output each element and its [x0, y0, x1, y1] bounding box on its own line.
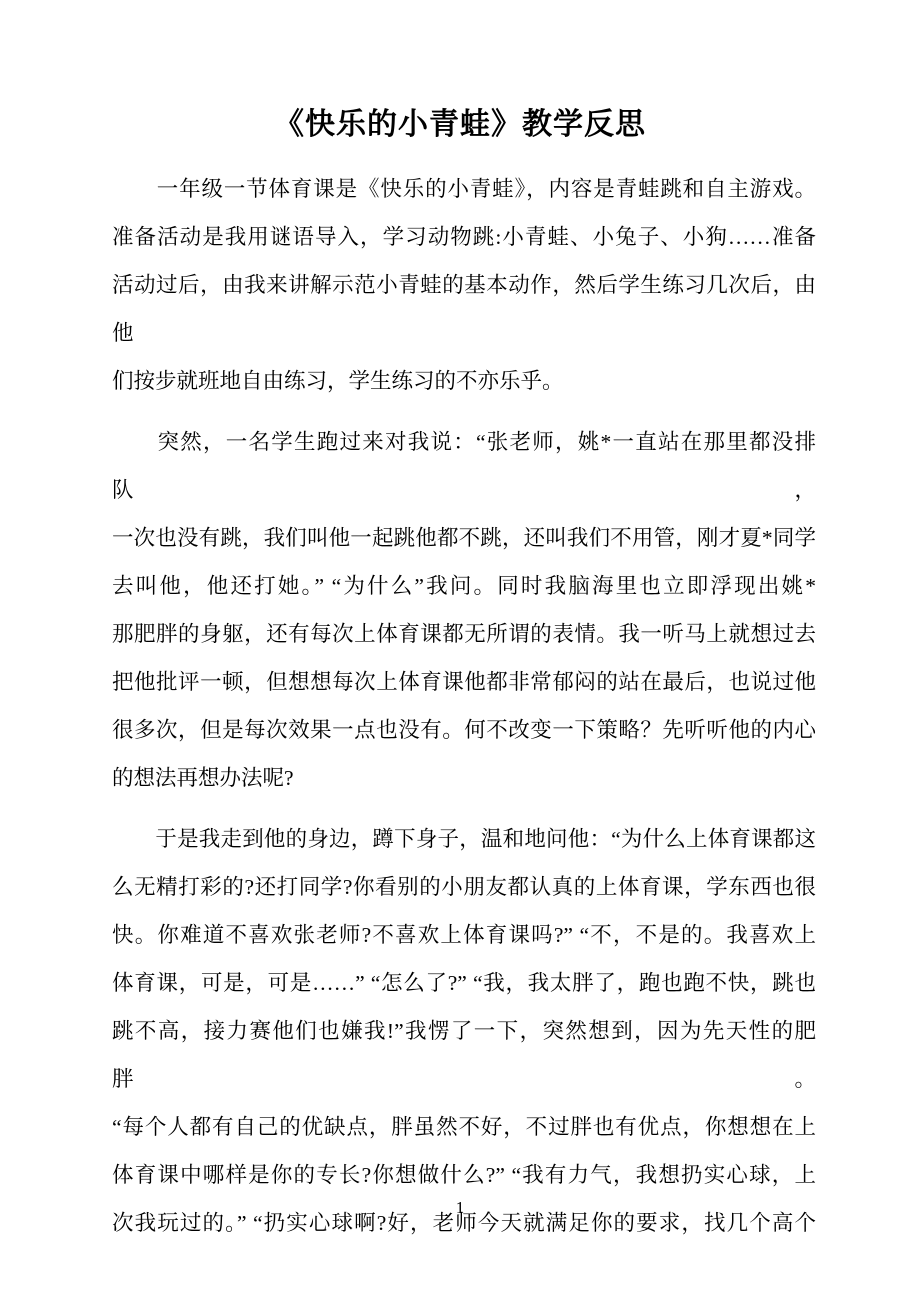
document-page: 《快乐的小青蛙》教学反思 一年级一节体育课是《快乐的小青蛙》，内容是青蛙跳和自主…	[0, 0, 920, 1302]
text-line: 的想法再想办法呢?	[112, 754, 816, 802]
text-line: 体育课中哪样是你的专长?你想做什么?” “我有力气，我想扔实心球，上	[112, 1151, 816, 1199]
paragraph: 突然，一名学生跑过来对我说：“张老师，姚*一直站在那里都没排队，一次也没有跳，我…	[112, 418, 816, 802]
text-line: 快。你难道不喜欢张老师?不喜欢上体育课吗?” “不，不是的。我喜欢上	[112, 911, 816, 959]
page-footer: 1	[0, 1196, 920, 1220]
text-line: 很多次，但是每次效果一点也没有。何不改变一下策略？先听听他的内心	[112, 706, 816, 754]
text-line: 于是我走到他的身边，蹲下身子，温和地问他：“为什么上体育课都这	[112, 815, 816, 863]
text-line: 活动过后，由我来讲解示范小青蛙的基本动作，然后学生练习几次后，由他	[112, 261, 816, 357]
text-line: 那肥胖的身躯，还有每次上体育课都无所谓的表情。我一听马上就想过去	[112, 610, 816, 658]
document-title: 《快乐的小青蛙》教学反思	[0, 0, 920, 144]
page-number: 1	[456, 1198, 465, 1217]
text-line: 一年级一节体育课是《快乐的小青蛙》，内容是青蛙跳和自主游戏。	[112, 165, 816, 213]
text-line: 么无精打彩的?还打同学?你看别的小朋友都认真的上体育课，学东西也很	[112, 863, 816, 911]
text-line: 去叫他，他还打她。” “为什么”我问。同时我脑海里也立即浮现出姚*	[112, 562, 816, 610]
paragraph: 一年级一节体育课是《快乐的小青蛙》，内容是青蛙跳和自主游戏。准备活动是我用谜语导…	[112, 165, 816, 405]
text-line: 体育课，可是，可是……” “怎么了?” “我，我太胖了，跑也跑不快，跳也	[112, 959, 816, 1007]
text-line: 准备活动是我用谜语导入，学习动物跳:小青蛙、小兔子、小狗……准备	[112, 213, 816, 261]
text-line: 一次也没有跳，我们叫他一起跳他都不跳，还叫我们不用管，刚才夏*同学	[112, 514, 816, 562]
paragraph: 于是我走到他的身边，蹲下身子，温和地问他：“为什么上体育课都这么无精打彩的?还打…	[112, 815, 816, 1247]
text-line: 们按步就班地自由练习，学生练习的不亦乐乎。	[112, 357, 816, 405]
text-line: 突然，一名学生跑过来对我说：“张老师，姚*一直站在那里都没排队，	[112, 418, 816, 514]
document-body: 一年级一节体育课是《快乐的小青蛙》，内容是青蛙跳和自主游戏。准备活动是我用谜语导…	[112, 165, 816, 1247]
text-line: “每个人都有自己的优缺点，胖虽然不好，不过胖也有优点，你想想在上	[112, 1103, 816, 1151]
text-line: 跳不高，接力赛他们也嫌我!”我愣了一下，突然想到，因为先天性的肥胖。	[112, 1007, 816, 1103]
text-line: 把他批评一顿，但想想每次上体育课他都非常郁闷的站在最后，也说过他	[112, 658, 816, 706]
